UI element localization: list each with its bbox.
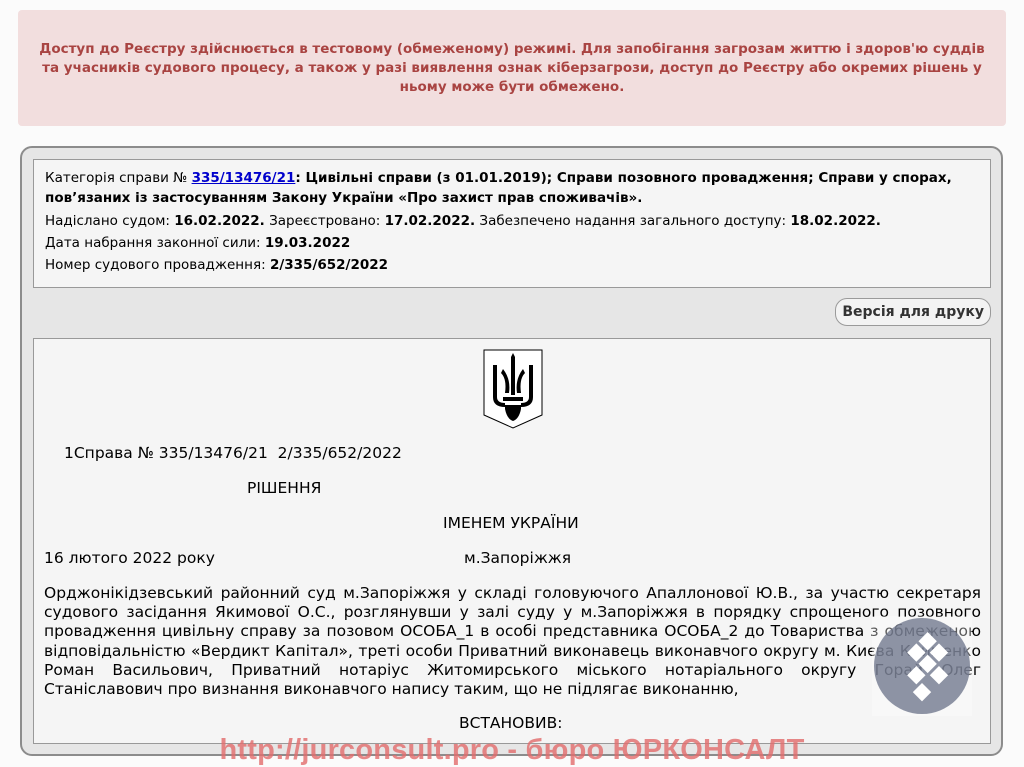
- in-name-of-ukraine: ІМЕНЕМ УКРАЇНИ: [443, 514, 579, 532]
- case-line: 1Справа № 335/13476/21 2/335/652/2022: [64, 444, 402, 462]
- proceeding-number-row: Номер судового провадження: 2/335/652/20…: [45, 254, 979, 276]
- alert-text: Доступ до Реєстру здійснюється в тестово…: [34, 40, 990, 97]
- restriction-alert: Доступ до Реєстру здійснюється в тестово…: [18, 10, 1006, 126]
- coat-of-arms-icon: [483, 349, 543, 429]
- case-category: Категорія справи № 335/13476/21: Цивільн…: [45, 168, 979, 208]
- case-dates: Надіслано судом: 16.02.2022. Зареєстрова…: [45, 210, 979, 232]
- decision-title: РІШЕННЯ: [247, 479, 321, 497]
- sent-date: 16.02.2022.: [174, 213, 265, 229]
- watermark-text: http://jurconsult.pro - бюро ЮРКОНСАЛТ: [0, 734, 1024, 767]
- proceeding-number: 2/335/652/2022: [270, 257, 388, 273]
- puzzle-badge-icon[interactable]: [872, 616, 972, 716]
- decision-date: 16 лютого 2022 року: [44, 549, 215, 567]
- print-version-button[interactable]: Версія для друку: [835, 298, 991, 326]
- access-date: 18.02.2022.: [790, 213, 881, 229]
- effective-date-row: Дата набрання законної сили: 19.03.2022: [45, 232, 979, 254]
- case-number-link[interactable]: 335/13476/21: [192, 170, 296, 186]
- effective-date: 19.03.2022: [265, 235, 350, 251]
- decision-document: 1Справа № 335/13476/21 2/335/652/2022 РІ…: [33, 338, 991, 744]
- case-info-box: Категорія справи № 335/13476/21: Цивільн…: [33, 159, 991, 288]
- registered-date: 17.02.2022.: [385, 213, 476, 229]
- decision-body: Орджонікідзевський районний суд м.Запорі…: [44, 584, 981, 699]
- decision-city: м.Запоріжжя: [464, 549, 571, 567]
- established-heading: ВСТАНОВИВ:: [459, 714, 562, 732]
- decision-panel: Категорія справи № 335/13476/21: Цивільн…: [20, 146, 1003, 756]
